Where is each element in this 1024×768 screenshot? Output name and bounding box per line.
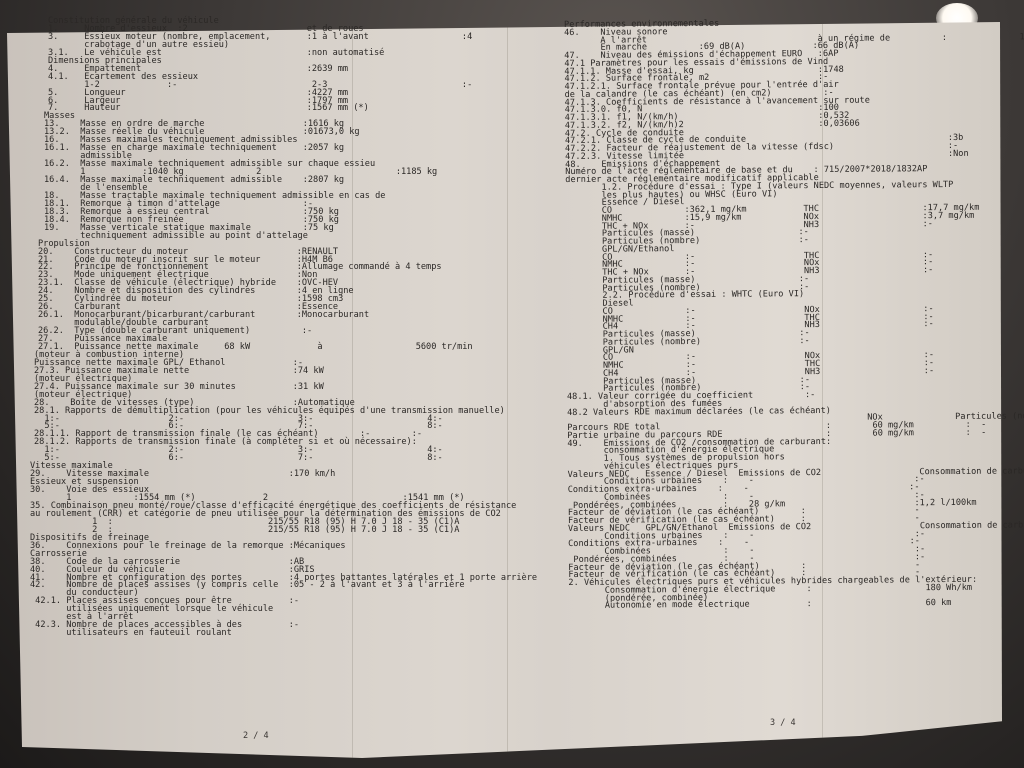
document-line: utilisateurs en fauteuil roulant [30,629,232,639]
page-number-left: 2 / 4 [243,731,269,741]
page-number-right: 3 / 4 [770,718,796,728]
paper-fold [507,22,508,758]
document-line: 7. Hauteur :1567 mm (*) [48,104,369,114]
paper-fold [822,22,823,758]
